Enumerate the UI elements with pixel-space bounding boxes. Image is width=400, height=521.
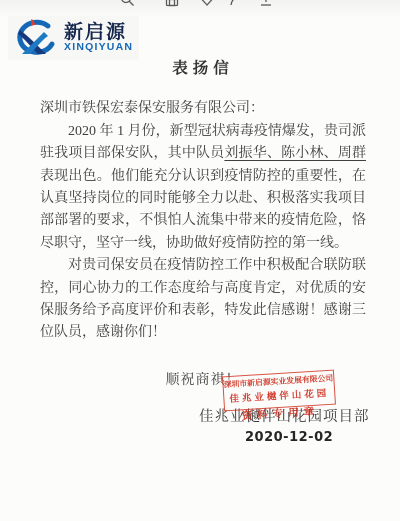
letter-body: 表扬信 深圳市铁保宏泰保安服务有限公司： 2020 年 1 月份，新型冠状病毒疫… [40,58,366,392]
letter-date: 2020-12-02 [245,430,333,445]
logo-cn-text: 新启源 [64,23,133,43]
add-icon[interactable] [258,0,274,8]
heart-icon[interactable] [199,0,215,8]
company-stamp: 深圳市新启源实业发展有限公司 佳兆业樾伴山花园 资料专用章 [222,370,336,412]
save-icon[interactable] [164,0,180,8]
logo-en-text: XINQIYUAN [64,42,133,53]
search-icon[interactable] [119,0,135,8]
viewer-toolbar [0,0,400,9]
commended-names: 刘振华、陈小林、周群 [224,146,366,161]
paragraph-1-after: 表现出色。他们能充分认识到疫情防控的重要性，在认真坚持岗位的同时能够全力以赴、积… [40,169,366,251]
salutation: 深圳市铁保宏泰保安服务有限公司： [40,98,366,120]
letter-title: 表扬信 [40,58,366,80]
company-logo: 新启源 XINQIYUAN [8,16,139,60]
paragraph-2: 对贵司保安员在疫情防控工作中积极配合联防联控，同心协力的工作态度给与高度肯定，对… [40,255,366,345]
logo-emblem-icon [10,18,58,58]
scanned-letter-page: 新启源 XINQIYUAN 表扬信 深圳市铁保宏泰保安服务有限公司： 2020 … [0,0,400,521]
paragraph-1: 2020 年 1 月份，新型冠状病毒疫情爆发，贵司派驻我项目部保安队，其中队员刘… [40,121,366,255]
share-arrow-icon[interactable] [228,0,244,8]
